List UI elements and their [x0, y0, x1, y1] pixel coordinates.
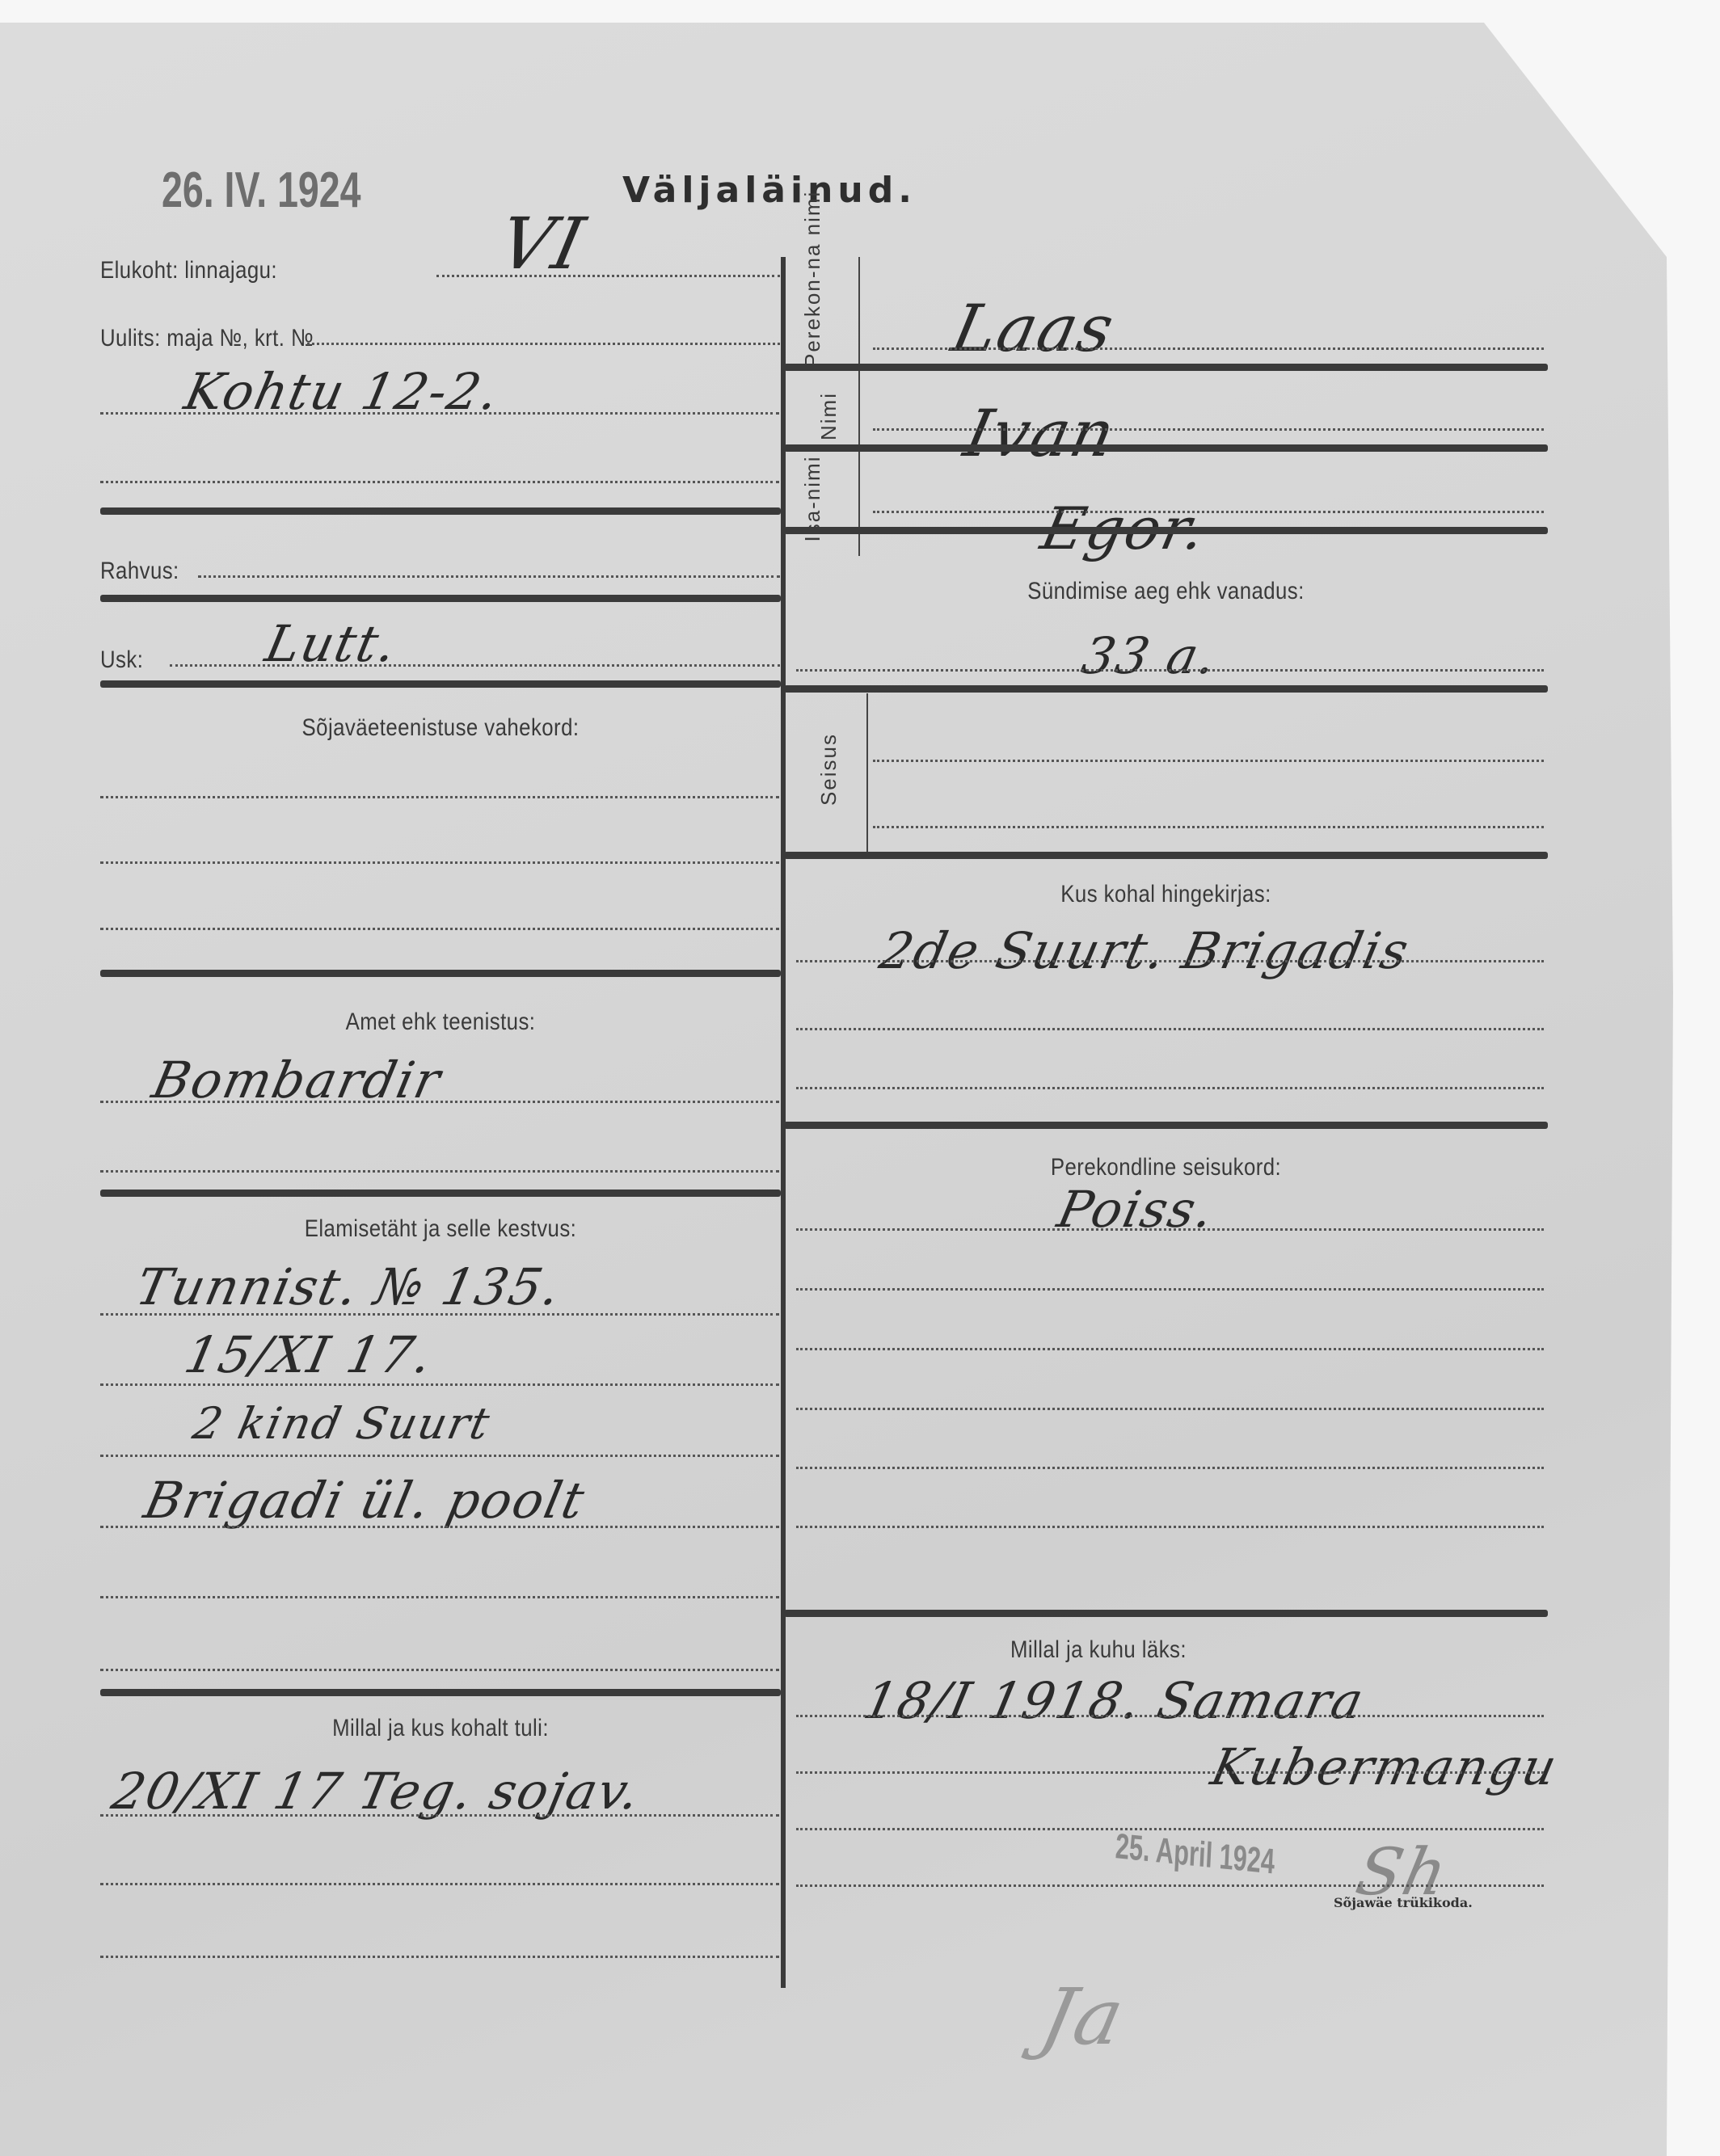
residence-line: [436, 275, 780, 277]
family-line-3: [796, 1348, 1544, 1350]
divider: [784, 364, 1548, 371]
military-line-3: [100, 928, 779, 930]
street-line-3: [100, 481, 779, 483]
residence-permit-line-4: Brigadi ül. poolt: [139, 1471, 591, 1530]
military-line-1: [100, 796, 779, 798]
family-line-2: [796, 1288, 1544, 1291]
family-line-1: [796, 1228, 1544, 1231]
permit-dots-2: [100, 1383, 779, 1386]
permit-dots-1: [100, 1313, 779, 1316]
arrival-label: Millal ja kus kohalt tuli:: [148, 1715, 733, 1742]
arrival-line-3: [100, 1956, 779, 1958]
departure-line-1: 18/I 1918. Samara: [858, 1671, 1370, 1730]
status-label: Seisus: [816, 721, 841, 818]
divider: [100, 970, 781, 977]
occupation-line-2: [100, 1170, 779, 1173]
military-line-2: [100, 861, 779, 864]
patronymic-line: [873, 511, 1544, 513]
nationality-label: Rahvus:: [100, 558, 179, 585]
divider: [784, 527, 1548, 534]
printer-imprint: Sõjawäe trükikoda.: [1334, 1895, 1473, 1910]
registry-line-1: [796, 960, 1544, 962]
arrival-value: 20/XI 17 Teg. sojav.: [107, 1762, 646, 1821]
firstname-line: [873, 428, 1544, 431]
arrival-line-2: [100, 1883, 779, 1885]
registry-line-2: [796, 1028, 1544, 1030]
divider: [100, 1689, 781, 1696]
surname-value: Laas: [946, 291, 1121, 366]
religion-value: Lutt.: [260, 614, 403, 673]
family-label: Perekondline seisukord:: [837, 1154, 1494, 1181]
departure-dots-4: [796, 1884, 1544, 1887]
occupation-label: Amet ehk teenistus:: [148, 1009, 733, 1036]
residence-permit-label: Elamisetäht ja selle kestvus:: [148, 1215, 733, 1243]
divider: [784, 685, 1548, 693]
arrival-line-1: [100, 1814, 779, 1817]
street-label: Uulits: maja №, krt. №: [100, 325, 314, 352]
divider: [784, 1610, 1548, 1617]
date-stamp-top: 26. IV. 1924: [162, 162, 361, 219]
birth-line: [796, 669, 1544, 672]
departure-dots-1: [796, 1715, 1544, 1717]
firstname-label: Nimi: [816, 380, 841, 453]
registry-label: Kus kohal hingekirjas:: [837, 881, 1494, 908]
divider: [784, 1122, 1548, 1129]
residence-permit-line-1: Tunnist. № 135.: [131, 1257, 567, 1316]
divider: [100, 595, 781, 602]
divider: [784, 444, 1548, 452]
permit-dots-5: [100, 1596, 779, 1598]
status-line-2: [873, 826, 1544, 828]
surname-label: Perekon-na nimi: [800, 263, 824, 368]
departure-dots-2: [796, 1771, 1544, 1774]
military-label: Sõjaväeteenistuse vahekord:: [148, 714, 733, 742]
street-line-2: [100, 412, 779, 415]
permit-dots-3: [100, 1455, 779, 1457]
district-value: VI: [492, 202, 592, 285]
religion-label: Usk:: [100, 646, 143, 674]
permit-dots-6: [100, 1669, 779, 1671]
divider: [100, 1190, 781, 1197]
document-title: Väljaläinud.: [622, 170, 917, 211]
departure-line-2: Kubermangu: [1206, 1737, 1563, 1796]
family-line-4: [796, 1408, 1544, 1410]
divider: [100, 680, 781, 688]
registry-line-3: [796, 1087, 1544, 1089]
status-separator: [866, 693, 868, 855]
street-line-1: [307, 343, 780, 345]
birth-value: 33 a.: [1077, 626, 1223, 685]
residence-permit-line-3: 2 kind Suurt: [188, 1398, 495, 1449]
residence-label: Elukoht: linnajagu:: [100, 257, 277, 284]
departure-label: Millal ja kuhu läks:: [1010, 1636, 1187, 1664]
departure-dots-3: [796, 1828, 1544, 1830]
surname-line: [873, 347, 1544, 350]
birth-label: Sündimise aeg ehk vanadus:: [837, 578, 1494, 605]
name-block-separator: [858, 257, 860, 556]
permit-dots-4: [100, 1526, 779, 1528]
divider: [784, 852, 1548, 859]
firstname-value: Ivan: [958, 396, 1123, 471]
status-line-1: [873, 760, 1544, 762]
registry-value: 2de Suurt. Brigadis: [875, 921, 1414, 980]
family-line-5: [796, 1467, 1544, 1469]
nationality-line: [198, 575, 780, 578]
divider: [100, 507, 781, 515]
residence-permit-line-2: 15/XI 17.: [179, 1325, 438, 1384]
family-line-6: [796, 1526, 1544, 1528]
occupation-line-1: [100, 1101, 779, 1103]
